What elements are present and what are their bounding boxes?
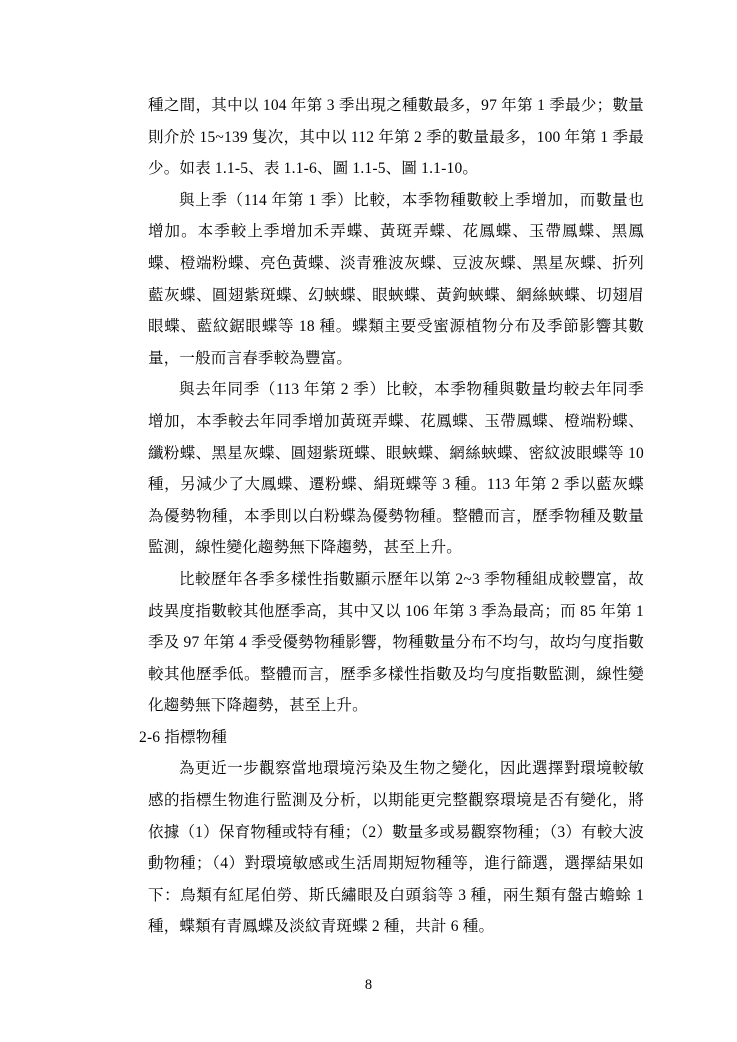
document-body: 種之間，其中以 104 年第 3 季出現之種數最多，97 年第 1 季最少；數量…	[139, 90, 644, 943]
page-number: 8	[0, 975, 737, 995]
paragraph: 為更近一步觀察當地環境污染及生物之變化，因此選擇對環境較敏感的指標生物進行監測及…	[148, 753, 644, 943]
section-heading: 2-6 指標物種	[139, 722, 644, 754]
paragraph: 種之間，其中以 104 年第 3 季出現之種數最多，97 年第 1 季最少；數量…	[148, 90, 644, 185]
document-page: 種之間，其中以 104 年第 3 季出現之種數最多，97 年第 1 季最少；數量…	[0, 0, 737, 1042]
paragraph: 比較歷年各季多樣性指數顯示歷年以第 2~3 季物種組成較豐富，故歧異度指數較其他…	[148, 564, 644, 722]
paragraph: 與上季（114 年第 1 季）比較，本季物種數較上季增加，而數量也增加。本季較上…	[148, 185, 644, 375]
paragraph: 與去年同季（113 年第 2 季）比較，本季物種與數量均較去年同季增加，本季較去…	[148, 374, 644, 564]
